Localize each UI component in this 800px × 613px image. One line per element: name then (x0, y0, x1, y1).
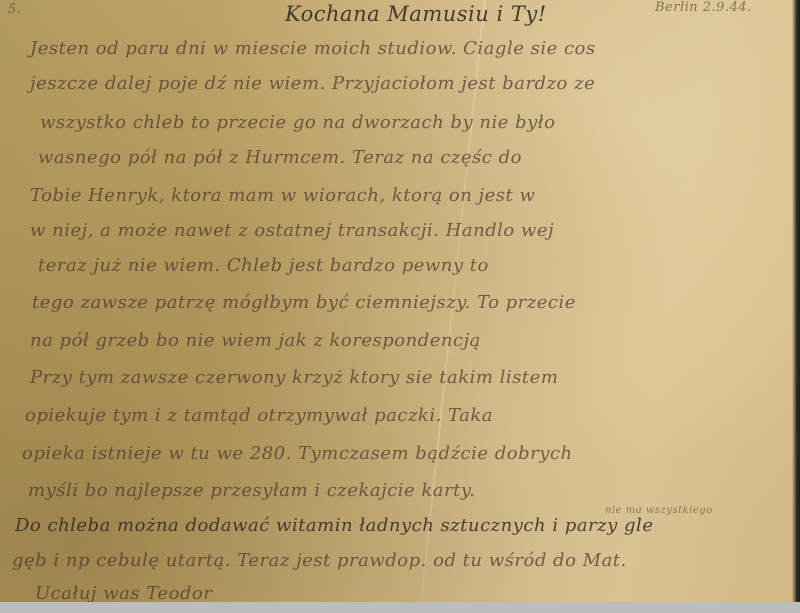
letter-signature-line: Ucałuj was Teodor (35, 583, 212, 602)
bottom-background-strip (0, 602, 800, 613)
letter-line: w niej, a może nawet z ostatnej transakc… (30, 220, 554, 241)
letter-line: jeszcze dalej poje dź nie wiem. Przyjaci… (30, 73, 595, 94)
letter-line: Przy tym zawsze czerwony krzyż ktory sie… (30, 367, 558, 388)
letter-line: myśli bo najlepsze przesyłam i czekajcie… (28, 480, 475, 501)
letter-line: Tobie Henryk, ktora mam w wiorach, ktorą… (30, 185, 535, 206)
letter-line: opiekuje tym i z tamtąd otrzymywał paczk… (25, 405, 493, 426)
letter-line: Jesten od paru dni w miescie moich studi… (30, 38, 596, 59)
letter-photo: 5. Kochana Mamusiu i Ty! Berlin 2.9.44. … (0, 0, 800, 602)
letter-line: teraz już nie wiem. Chleb jest bardzo pe… (38, 255, 489, 276)
letter-line: na pół grzeb bo nie wiem jak z korespond… (30, 330, 481, 351)
letter-line: wasnego pół na pół z Hurmcem. Teraz na c… (38, 147, 522, 168)
letter-line: wszystko chleb to przecie go na dworzach… (40, 112, 555, 133)
letter-salutation: Kochana Mamusiu i Ty! (285, 2, 547, 26)
corner-page-mark: 5. (8, 2, 21, 17)
interlinear-note: nie ma wszystkiego (605, 505, 713, 516)
photo-right-edge (792, 0, 800, 602)
letter-date: Berlin 2.9.44. (655, 0, 752, 15)
letter-line: tego zawsze patrzę mógłbym być ciemniejs… (32, 292, 576, 313)
letter-line: opieka istnieje w tu we 280. Tymczasem b… (22, 443, 573, 464)
letter-line: Do chleba można dodawać witamin ładnych … (15, 515, 653, 536)
letter-line: gęb i np cebulę utartą. Teraz jest prawd… (12, 550, 627, 571)
